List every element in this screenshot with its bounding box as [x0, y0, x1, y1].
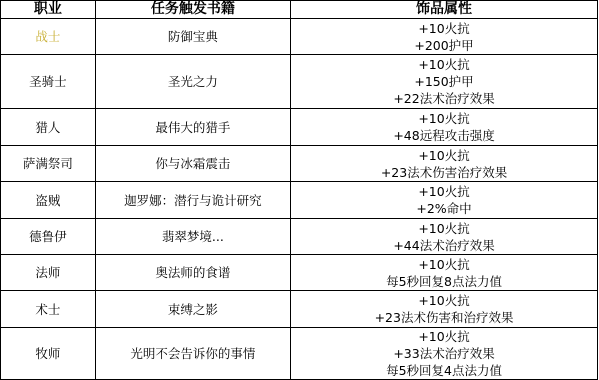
- table-row: 战士 防御宝典 +10火抗 +200护甲: [1, 19, 598, 55]
- table-row: 术士 束缚之影 +10火抗 +23法术伤害和治疗效果: [1, 291, 598, 328]
- table-row: 圣骑士 圣光之力 +10火抗 +150护甲 +22法术治疗效果: [1, 55, 598, 109]
- header-row: 职业 任务触发书籍 饰品属性: [1, 1, 598, 19]
- attribute-line: +33法术治疗效果: [291, 345, 597, 362]
- attributes-cell: +10火抗 +2%命中: [291, 182, 598, 219]
- book-cell: 翡翠梦境...: [95, 219, 290, 255]
- class-cell: 盗贼: [1, 182, 96, 219]
- attributes-cell: +10火抗 +23法术伤害治疗效果: [291, 146, 598, 182]
- book-cell: 束缚之影: [95, 291, 290, 328]
- attribute-line: +10火抗: [291, 292, 597, 309]
- class-cell: 德鲁伊: [1, 219, 96, 255]
- attribute-line: +10火抗: [291, 147, 597, 164]
- table-row: 牧师 光明不会告诉你的事情 +10火抗 +33法术治疗效果 每5秒回复4点法力值: [1, 328, 598, 380]
- attributes-cell: +10火抗 +48远程攻击强度: [291, 109, 598, 146]
- book-cell: 最伟大的猎手: [95, 109, 290, 146]
- class-trinket-table: 职业 任务触发书籍 饰品属性 战士 防御宝典 +10火抗 +200护甲 圣骑士 …: [0, 0, 598, 379]
- attribute-line: +2%命中: [291, 200, 597, 217]
- attribute-line: +10火抗: [291, 220, 597, 237]
- class-cell: 牧师: [1, 328, 96, 380]
- attributes-cell: +10火抗 +44法术治疗效果: [291, 219, 598, 255]
- attributes-cell: +10火抗 每5秒回复8点法力值: [291, 255, 598, 291]
- attribute-line: +10火抗: [291, 56, 597, 73]
- attribute-line: +200护甲: [291, 37, 597, 54]
- book-cell: 光明不会告诉你的事情: [95, 328, 290, 380]
- attributes-cell: +10火抗 +150护甲 +22法术治疗效果: [291, 55, 598, 109]
- book-cell: 圣光之力: [95, 55, 290, 109]
- header-class: 职业: [1, 1, 96, 19]
- class-cell: 圣骑士: [1, 55, 96, 109]
- attribute-line: +10火抗: [291, 183, 597, 200]
- header-attributes: 饰品属性: [291, 1, 598, 19]
- class-cell: 萨满祭司: [1, 146, 96, 182]
- header-book: 任务触发书籍: [95, 1, 290, 19]
- attribute-line: 每5秒回复4点法力值: [291, 362, 597, 379]
- attribute-line: +44法术治疗效果: [291, 237, 597, 254]
- book-cell: 防御宝典: [95, 19, 290, 55]
- attribute-line: 每5秒回复8点法力值: [291, 273, 597, 290]
- class-cell: 猎人: [1, 109, 96, 146]
- table-row: 萨满祭司 你与冰霜震击 +10火抗 +23法术伤害治疗效果: [1, 146, 598, 182]
- attributes-cell: +10火抗 +200护甲: [291, 19, 598, 55]
- attribute-line: +22法术治疗效果: [291, 90, 597, 107]
- attribute-line: +48远程攻击强度: [291, 127, 597, 144]
- attribute-line: +150护甲: [291, 73, 597, 90]
- attribute-line: +10火抗: [291, 328, 597, 345]
- attribute-line: +23法术伤害治疗效果: [291, 164, 597, 181]
- class-cell: 法师: [1, 255, 96, 291]
- table-row: 德鲁伊 翡翠梦境... +10火抗 +44法术治疗效果: [1, 219, 598, 255]
- class-cell: 战士: [1, 19, 96, 55]
- attributes-cell: +10火抗 +23法术伤害和治疗效果: [291, 291, 598, 328]
- book-cell: 迦罗娜：潜行与诡计研究: [95, 182, 290, 219]
- book-cell: 你与冰霜震击: [95, 146, 290, 182]
- attribute-line: +23法术伤害和治疗效果: [291, 309, 597, 326]
- attribute-line: +10火抗: [291, 256, 597, 273]
- attribute-line: +10火抗: [291, 20, 597, 37]
- class-cell: 术士: [1, 291, 96, 328]
- table-row: 法师 奥法师的食谱 +10火抗 每5秒回复8点法力值: [1, 255, 598, 291]
- attribute-line: +10火抗: [291, 110, 597, 127]
- book-cell: 奥法师的食谱: [95, 255, 290, 291]
- attributes-cell: +10火抗 +33法术治疗效果 每5秒回复4点法力值: [291, 328, 598, 380]
- table-row: 猎人 最伟大的猎手 +10火抗 +48远程攻击强度: [1, 109, 598, 146]
- table-row: 盗贼 迦罗娜：潜行与诡计研究 +10火抗 +2%命中: [1, 182, 598, 219]
